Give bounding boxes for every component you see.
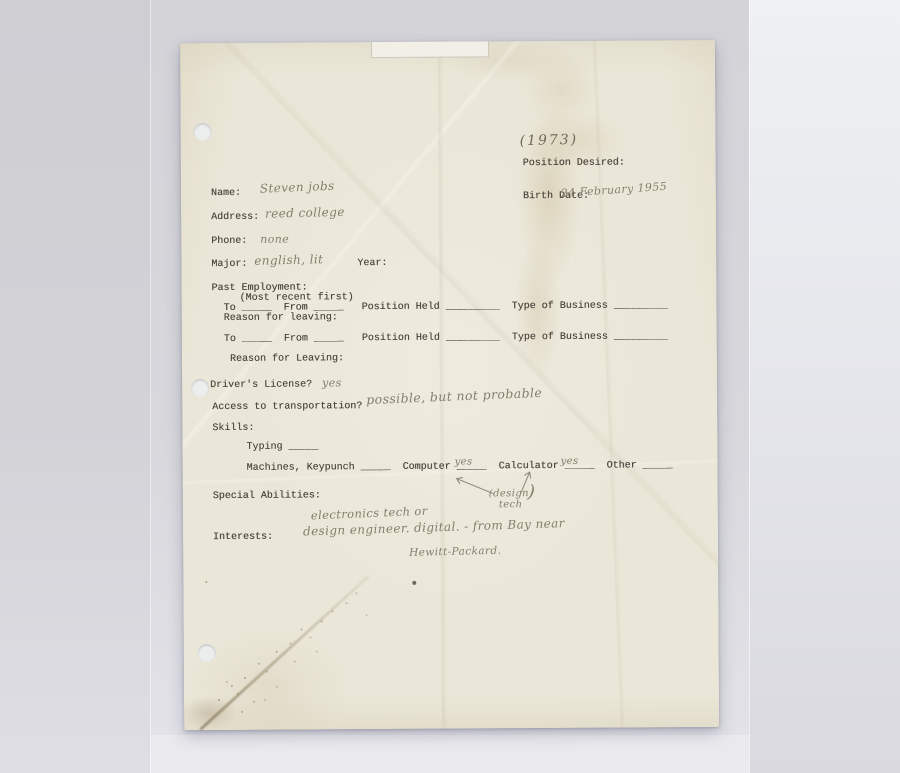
ink-spot bbox=[412, 581, 416, 585]
phone-value: none bbox=[260, 234, 289, 245]
computer-value: yes bbox=[455, 456, 473, 467]
skills-label: Skills: bbox=[212, 424, 254, 434]
special-abilities-value: electronics tech or bbox=[311, 506, 428, 522]
position-desired-label: Position Desired: bbox=[523, 159, 625, 170]
drivers-license-label: Driver's License? bbox=[210, 380, 312, 391]
typing-label: Typing _____ bbox=[246, 442, 318, 452]
phone-label: Phone: bbox=[211, 237, 247, 247]
punch-hole-bottom bbox=[198, 644, 216, 662]
backdrop-left-panel bbox=[0, 0, 151, 773]
reason-for-leaving-2: Reason for Leaving: bbox=[230, 354, 344, 365]
transportation-label: Access to transportation? bbox=[212, 402, 362, 413]
employment-row-2: To _____ From _____ Position Held ______… bbox=[224, 332, 668, 345]
year-annotation: (1973) bbox=[519, 135, 578, 147]
design-note-line1: (design, bbox=[489, 488, 533, 499]
transportation-value: possible, but not probable bbox=[366, 387, 542, 405]
backdrop-right-panel bbox=[749, 0, 900, 773]
special-abilities-label: Special Abilities: bbox=[213, 491, 321, 502]
drivers-license-value: yes bbox=[322, 377, 342, 388]
address-label: Address: bbox=[211, 213, 259, 223]
address-value: reed college bbox=[265, 207, 345, 220]
punch-hole-middle bbox=[191, 379, 209, 397]
major-label: Major: bbox=[211, 260, 247, 270]
design-note-paren: ) bbox=[527, 486, 535, 498]
dirt-speckles bbox=[205, 581, 207, 583]
name-label: Name: bbox=[211, 189, 241, 199]
year-label: Year: bbox=[357, 259, 387, 269]
backdrop-bottom-highlight bbox=[150, 735, 749, 773]
major-value: english, lit bbox=[254, 254, 323, 267]
punch-hole-top bbox=[193, 123, 211, 141]
interests-value-line2: Hewitt-Packard. bbox=[409, 546, 501, 559]
design-note-line2: tech bbox=[499, 499, 523, 510]
tape-mark bbox=[371, 41, 489, 58]
application-form-paper: (1973) Position Desired: Birth Date: 24 … bbox=[180, 40, 719, 730]
photo-of-job-application: (1973) Position Desired: Birth Date: 24 … bbox=[0, 0, 900, 773]
interests-label: Interests: bbox=[213, 533, 273, 543]
name-value: Steven jobs bbox=[260, 181, 335, 195]
calculator-value: yes bbox=[561, 456, 579, 467]
dirt-streak bbox=[199, 575, 370, 731]
birth-date-value: 24 February 1955 bbox=[561, 181, 668, 199]
reason-for-leaving-1: Reason for leaving: bbox=[224, 313, 338, 324]
